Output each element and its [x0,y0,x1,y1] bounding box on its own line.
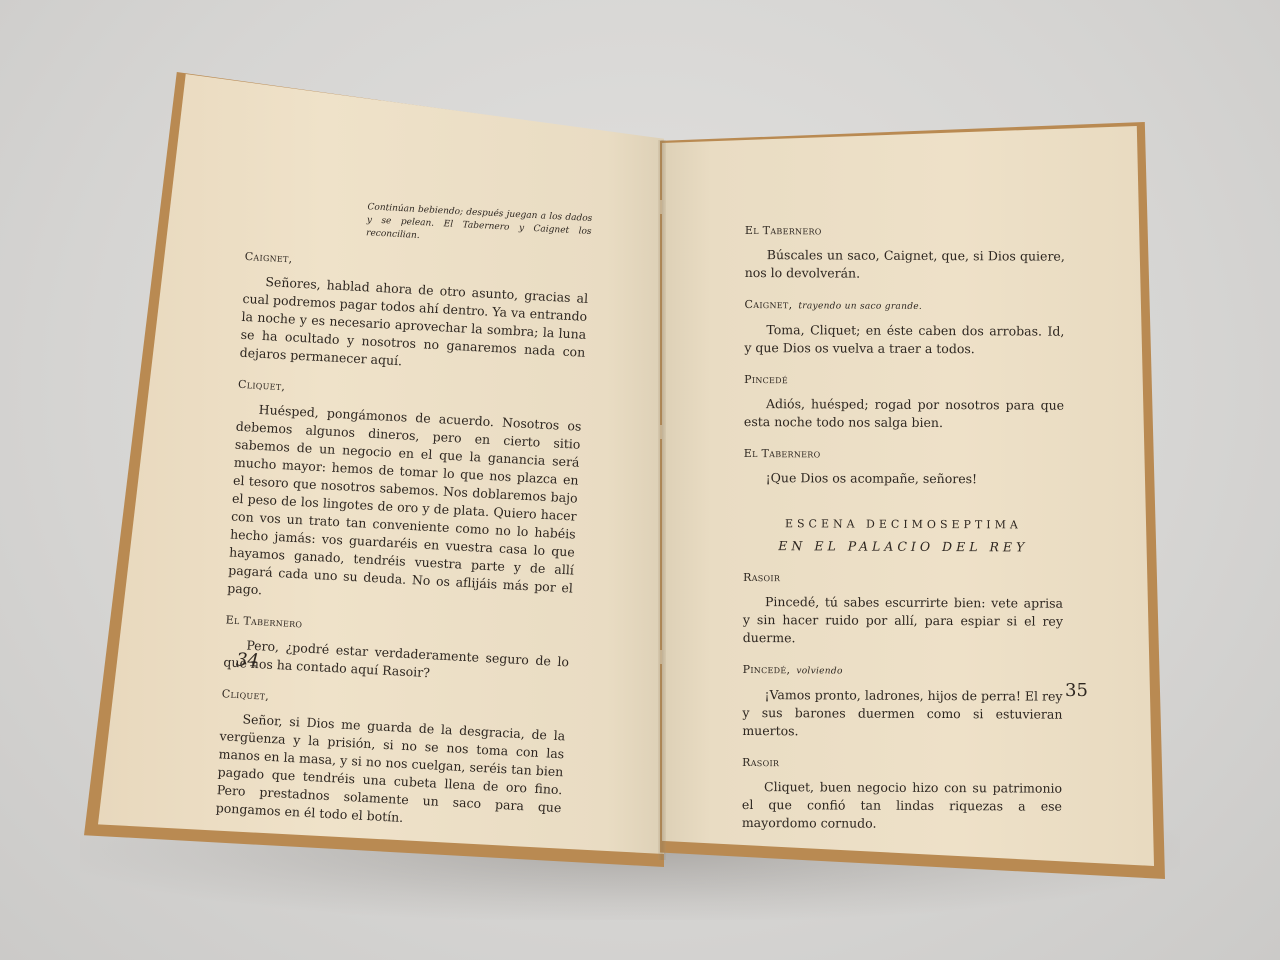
dialogue-text: ¡Vamos pronto, ladrones, hijos de perra!… [742,686,1062,742]
dialogue-text: ¡Que Dios os acompañe, señores! [744,469,1064,489]
stage-direction: volviendo [796,666,842,676]
speaker-name: Rasoir [743,569,1063,589]
binding-stitch [660,425,662,439]
dialogue-text: Toma, Cliquet; en éste caben dos arrobas… [744,321,1064,359]
speaker-name: Pincedé [744,371,1064,391]
stage-direction: trayendo un saco grande. [798,301,922,312]
speaker-name: El Tabernero [744,445,1064,465]
photo-scene: Continúan bebiendo; después juegan a los… [0,0,1280,960]
speaker-name: Caignet,trayendo un saco grande. [745,296,1065,317]
speaker-name: El Tabernero [745,222,1065,242]
page-number-right: 35 [1065,680,1088,701]
book-gutter [658,140,666,860]
page-number-left: 34 [235,649,259,671]
scene-title: ESCENA DECIMOSEPTIMA [743,515,1063,535]
dialogue-text: Cliquet, buen negocio hizo con su patrim… [742,778,1062,834]
binding-stitch [660,650,662,664]
dialogue-text: Señores, hablad ahora de otro asunto, gr… [239,272,588,380]
left-page-text: Continúan bebiendo; después juegan a los… [215,195,592,835]
dialogue-text: Señor, si Dios me guarda de la desgracia… [215,709,565,835]
binding-stitch [660,200,662,214]
speaker-name: Pincedé,volviendo [743,661,1063,682]
right-page-text: El Tabernero Búscales un saco, Caignet, … [742,222,1065,834]
dialogue-text: Búscales un saco, Caignet, que, si Dios … [745,246,1065,284]
scene-subtitle: EN EL PALACIO DEL REY [743,537,1063,557]
speaker-name: Rasoir [742,754,1062,774]
dialogue-text: Pincedé, tú sabes escurrirte bien: vete … [743,593,1063,649]
dialogue-text: Huésped, pongámonos de acuerdo. Nosotros… [227,400,582,616]
dialogue-text: Adiós, huésped; rogad por nosotros para … [744,395,1064,433]
